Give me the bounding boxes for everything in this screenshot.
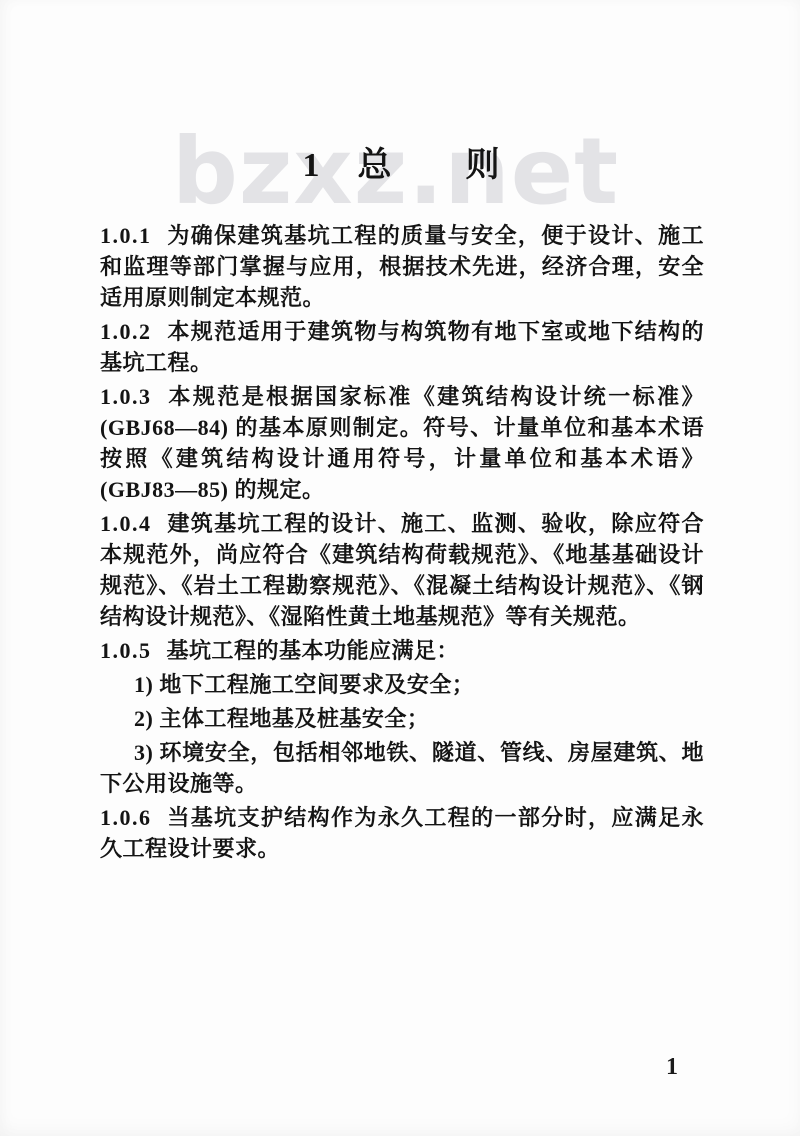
section-1-0-3: 1.0.3本规范是根据国家标准《建筑结构设计统一标准》(GBJ68—84) 的基… [100,381,704,505]
section-number: 1.0.5 [100,638,152,663]
section-number: 1.0.3 [100,384,152,409]
section-text: 为确保建筑基坑工程的质量与安全，便于设计、施工和监理等部门掌握与应用，根据技术先… [100,223,704,310]
section-number: 1.0.2 [100,319,152,344]
section-1-0-5-item-3: 3) 环境安全，包括相邻地铁、隧道、管线、房屋建筑、地下公用设施等。 [100,737,704,799]
section-1-0-1: 1.0.1为确保建筑基坑工程的质量与安全，便于设计、施工和监理等部门掌握与应用，… [100,220,704,313]
section-1-0-6: 1.0.6当基坑支护结构作为永久工程的一部分时，应满足永久工程设计要求。 [100,802,704,864]
section-text: 本规范是根据国家标准《建筑结构设计统一标准》(GBJ68—84) 的基本原则制定… [100,384,704,502]
section-1-0-5-item-1: 1) 地下工程施工空间要求及安全； [100,669,704,700]
scanned-document-page: bzxz.net 1 总 则 1.0.1为确保建筑基坑工程的质量与安全，便于设计… [0,0,800,1136]
section-text: 本规范适用于建筑物与构筑物有地下室或地下结构的基坑工程。 [100,319,704,375]
chapter-title: 1 总 则 [100,142,704,190]
page-number: 1 [666,1054,678,1081]
section-text: 基坑工程的基本功能应满足： [167,638,460,663]
section-text: 当基坑支护结构作为永久工程的一部分时，应满足永久工程设计要求。 [100,805,704,861]
document-content: 1 总 则 1.0.1为确保建筑基坑工程的质量与安全，便于设计、施工和监理等部门… [100,142,704,867]
section-text: 建筑基坑工程的设计、施工、监测、验收，除应符合本规范外，尚应符合《建筑结构荷载规… [100,511,704,629]
section-number: 1.0.6 [100,805,152,830]
section-1-0-4: 1.0.4建筑基坑工程的设计、施工、监测、验收，除应符合本规范外，尚应符合《建筑… [100,508,704,632]
section-1-0-5: 1.0.5基坑工程的基本功能应满足： [100,635,704,666]
section-1-0-5-item-2: 2) 主体工程地基及桩基安全； [100,703,704,734]
section-1-0-2: 1.0.2本规范适用于建筑物与构筑物有地下室或地下结构的基坑工程。 [100,316,704,378]
section-number: 1.0.1 [100,223,152,248]
section-number: 1.0.4 [100,511,152,536]
